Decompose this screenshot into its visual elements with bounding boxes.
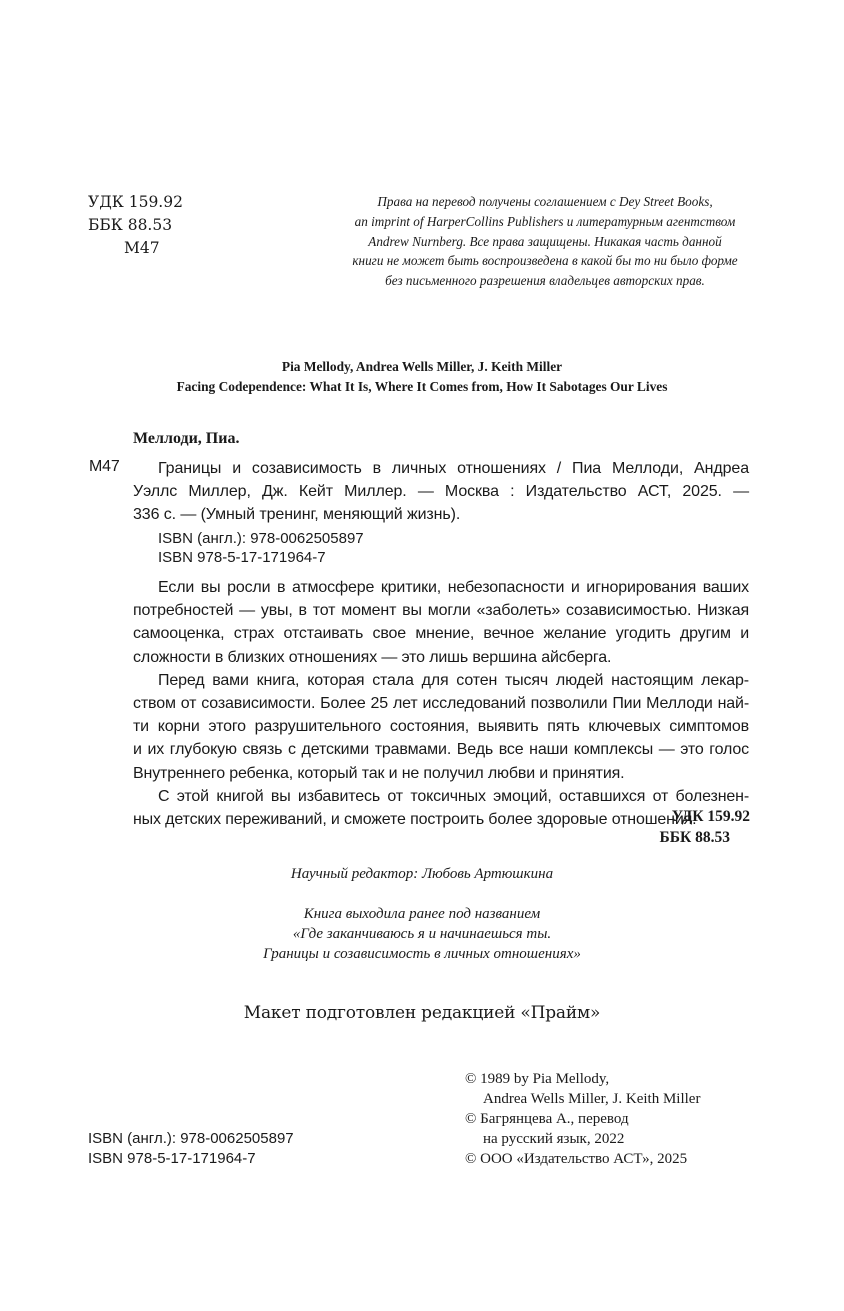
annotation-paragraph: Перед вами книга, которая стала для соте… — [133, 669, 749, 785]
bbk-code: ББК 88.53 — [560, 827, 750, 848]
bibliographic-mark: М47 — [89, 458, 120, 476]
rights-line: без письменного разрешения владельцев ав… — [335, 271, 755, 291]
annotation-line: сложности в близких отношениях — это лиш… — [133, 646, 749, 669]
author-mark: М47 — [88, 237, 183, 260]
previous-title: Книга выходила ранее под названием «Где … — [150, 904, 694, 964]
bibliographic-isbn: ISBN (англ.): 978-0062505897 ISBN 978-5-… — [158, 529, 364, 567]
annotation-line: С этой книгой вы избавитесь от токсичных… — [133, 785, 749, 808]
bib-line: Границы и созависимость в личных отношен… — [133, 457, 749, 480]
bbk-code: ББК 88.53 — [88, 214, 183, 237]
previous-title-line: Книга выходила ранее под названием — [150, 904, 694, 924]
isbn-russian: ISBN 978-5-17-171964-7 — [88, 1149, 294, 1169]
isbn-russian: ISBN 978-5-17-171964-7 — [158, 548, 364, 567]
bibliographic-heading: Меллоди, Пиа. — [133, 430, 239, 448]
isbn-footer: ISBN (англ.): 978-0062505897 ISBN 978-5-… — [88, 1129, 294, 1169]
previous-title-line: «Где заканчиваюсь я и начинаешься ты. — [150, 924, 694, 944]
isbn-original: ISBN (англ.): 978-0062505897 — [88, 1129, 294, 1149]
layout-note: Макет подготовлен редакцией «Прайм» — [150, 1003, 694, 1023]
annotation: Если вы росли в атмосфере критики, небез… — [133, 576, 749, 831]
scientific-editor: Научный редактор: Любовь Артюшкина — [150, 866, 694, 883]
annotation-line: и их глубокую связь с детскими травмами.… — [133, 738, 749, 761]
annotation-line: самооценка, страх отстаивать свое мнение… — [133, 622, 749, 645]
bib-line: Уэллс Миллер, Дж. Кейт Миллер. — Москва … — [133, 480, 749, 503]
udk-code: УДК 159.92 — [560, 806, 750, 827]
annotation-paragraph: Если вы росли в атмосфере критики, небез… — [133, 576, 749, 669]
original-title: Facing Codependence: What It Is, Where I… — [100, 377, 744, 397]
rights-line: Права на перевод получены соглашением с … — [335, 192, 755, 212]
bib-line: 336 с. — (Умный тренинг, меняющий жизнь)… — [133, 503, 749, 526]
rights-line: an imprint of HarperCollins Publishers и… — [335, 212, 755, 232]
copyright-line: © 1989 by Pia Mellody, — [465, 1069, 700, 1089]
copyright-line: Andrea Wells Miller, J. Keith Miller — [465, 1089, 700, 1109]
udk-code: УДК 159.92 — [88, 191, 183, 214]
classification-codes-right: УДК 159.92 ББК 88.53 — [560, 806, 750, 848]
copyright-block: © 1989 by Pia Mellody, Andrea Wells Mill… — [465, 1069, 700, 1169]
copyright-line: © ООО «Издательство АСТ», 2025 — [465, 1149, 700, 1169]
annotation-line: ти корни этого разрушительного состояния… — [133, 715, 749, 738]
annotation-line: Внутреннего ребенка, который так и не по… — [133, 762, 749, 785]
original-authors: Pia Mellody, Andrea Wells Miller, J. Kei… — [100, 357, 744, 377]
annotation-line: ством от созависимости. Более 25 лет исс… — [133, 692, 749, 715]
annotation-line: потребностей — увы, в тот момент вы могл… — [133, 599, 749, 622]
previous-title-line: Границы и созависимость в личных отношен… — [150, 944, 694, 964]
classification-codes: УДК 159.92 ББК 88.53 М47 — [88, 191, 183, 260]
copyright-line: на русский язык, 2022 — [465, 1129, 700, 1149]
bibliographic-description: Границы и созависимость в личных отношен… — [133, 457, 749, 526]
rights-line: Andrew Nurnberg. Все права защищены. Ник… — [335, 232, 755, 252]
annotation-line: Перед вами книга, которая стала для соте… — [133, 669, 749, 692]
annotation-line: Если вы росли в атмосфере критики, небез… — [133, 576, 749, 599]
copyright-line: © Багрянцева А., перевод — [465, 1109, 700, 1129]
original-edition: Pia Mellody, Andrea Wells Miller, J. Kei… — [100, 357, 744, 397]
rights-line: книги не может быть воспроизведена в как… — [335, 251, 755, 271]
isbn-original: ISBN (англ.): 978-0062505897 — [158, 529, 364, 548]
rights-notice: Права на перевод получены соглашением с … — [335, 192, 755, 291]
